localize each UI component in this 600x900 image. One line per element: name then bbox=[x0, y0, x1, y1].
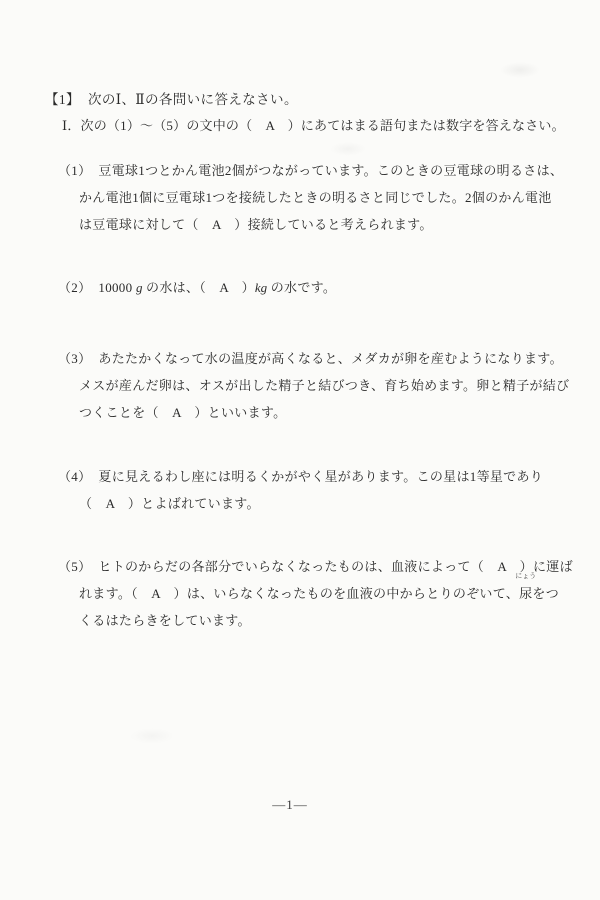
question-number: （5） bbox=[58, 559, 91, 574]
question-line: （2）10000 g の水は、（ A ）kg の水です。 bbox=[58, 274, 563, 301]
exam-page: 【1】次のⅠ、Ⅱの各問いに答えなさい。 Ⅰ．次の（1）～（5）の文中の（ A ）… bbox=[0, 0, 600, 900]
question-text: ヒトのからだの各部分でいらなくなったものは、血液によって（ A ）に運ば bbox=[98, 559, 572, 574]
question-text: 豆電球1つとかん電池2個がつながっています。このときの豆電球の明るさは、 bbox=[98, 163, 563, 178]
question-text-mid: の水は、（ A ） bbox=[142, 280, 254, 295]
instruction-line: Ⅰ．次の（1）～（5）の文中の（ A ）にあてはまる語句または数字を答えなさい。 bbox=[62, 112, 565, 139]
question-text: れます。（ A ）は、いらなくなったものを血液の中からとりのぞいて、 bbox=[79, 586, 519, 601]
question-number: （1） bbox=[58, 163, 91, 178]
unit-kilograms: kg bbox=[255, 280, 267, 295]
section-number: 【1】 bbox=[45, 92, 80, 107]
question-line: （1）豆電球1つとかん電池2個がつながっています。このときの豆電球の明るさは、 bbox=[58, 157, 563, 184]
scan-smudge bbox=[130, 728, 174, 744]
question-3: （3）あたたかくなって水の温度が高くなると、メダカが卵を産むようになります。 メ… bbox=[58, 345, 563, 426]
page-number: ―1― bbox=[0, 795, 580, 815]
question-text-end: をつ bbox=[532, 586, 559, 601]
question-number: （4） bbox=[58, 469, 91, 484]
question-number: （3） bbox=[58, 351, 91, 366]
question-line: （ A ）とよばれています。 bbox=[58, 490, 563, 517]
question-line: かん電池1個に豆電球1つを接続したときの明るさと同じでした。2個のかん電池 bbox=[58, 184, 563, 211]
scan-smudge bbox=[500, 62, 540, 78]
question-text: 10000 g の水は、（ A ）kg の水です。 bbox=[98, 280, 336, 295]
section-heading: 【1】次のⅠ、Ⅱの各問いに答えなさい。 bbox=[45, 86, 298, 113]
question-text-end: の水です。 bbox=[267, 280, 336, 295]
question-4: （4）夏に見えるわし座には明るくかがやく星があります。この星は1等星であり （ … bbox=[58, 463, 563, 517]
question-5: （5）ヒトのからだの各部分でいらなくなったものは、血液によって（ A ）に運ば … bbox=[58, 553, 563, 634]
question-line: つくことを（ A ）といいます。 bbox=[58, 399, 563, 426]
question-line: （4）夏に見えるわし座には明るくかがやく星があります。この星は1等星であり bbox=[58, 463, 563, 490]
furigana-base: 尿 bbox=[519, 586, 532, 601]
furigana: にょう尿 bbox=[519, 580, 532, 607]
scan-smudge bbox=[330, 142, 366, 156]
question-line: は豆電球に対して（ A ）接続していると考えられます。 bbox=[58, 211, 563, 238]
question-1: （1）豆電球1つとかん電池2個がつながっています。このときの豆電球の明るさは、 … bbox=[58, 157, 563, 238]
question-line: くるはたらきをしています。 bbox=[58, 607, 563, 634]
question-line: （5）ヒトのからだの各部分でいらなくなったものは、血液によって（ A ）に運ば bbox=[58, 553, 563, 580]
section-title: 次のⅠ、Ⅱの各問いに答えなさい。 bbox=[88, 92, 298, 107]
question-text: 夏に見えるわし座には明るくかがやく星があります。この星は1等星であり bbox=[98, 469, 543, 484]
question-2: （2）10000 g の水は、（ A ）kg の水です。 bbox=[58, 274, 563, 301]
furigana-reading: にょう bbox=[515, 573, 536, 580]
question-line: メスが産んだ卵は、オスが出した精子と結びつき、育ち始めます。卵と精子が結び bbox=[58, 372, 563, 399]
quantity-value: 10000 bbox=[98, 280, 136, 295]
question-number: （2） bbox=[58, 280, 91, 295]
question-text: あたたかくなって水の温度が高くなると、メダカが卵を産むようになります。 bbox=[98, 351, 562, 366]
question-line: （3）あたたかくなって水の温度が高くなると、メダカが卵を産むようになります。 bbox=[58, 345, 563, 372]
question-line: れます。（ A ）は、いらなくなったものを血液の中からとりのぞいて、にょう尿をつ bbox=[58, 580, 563, 607]
